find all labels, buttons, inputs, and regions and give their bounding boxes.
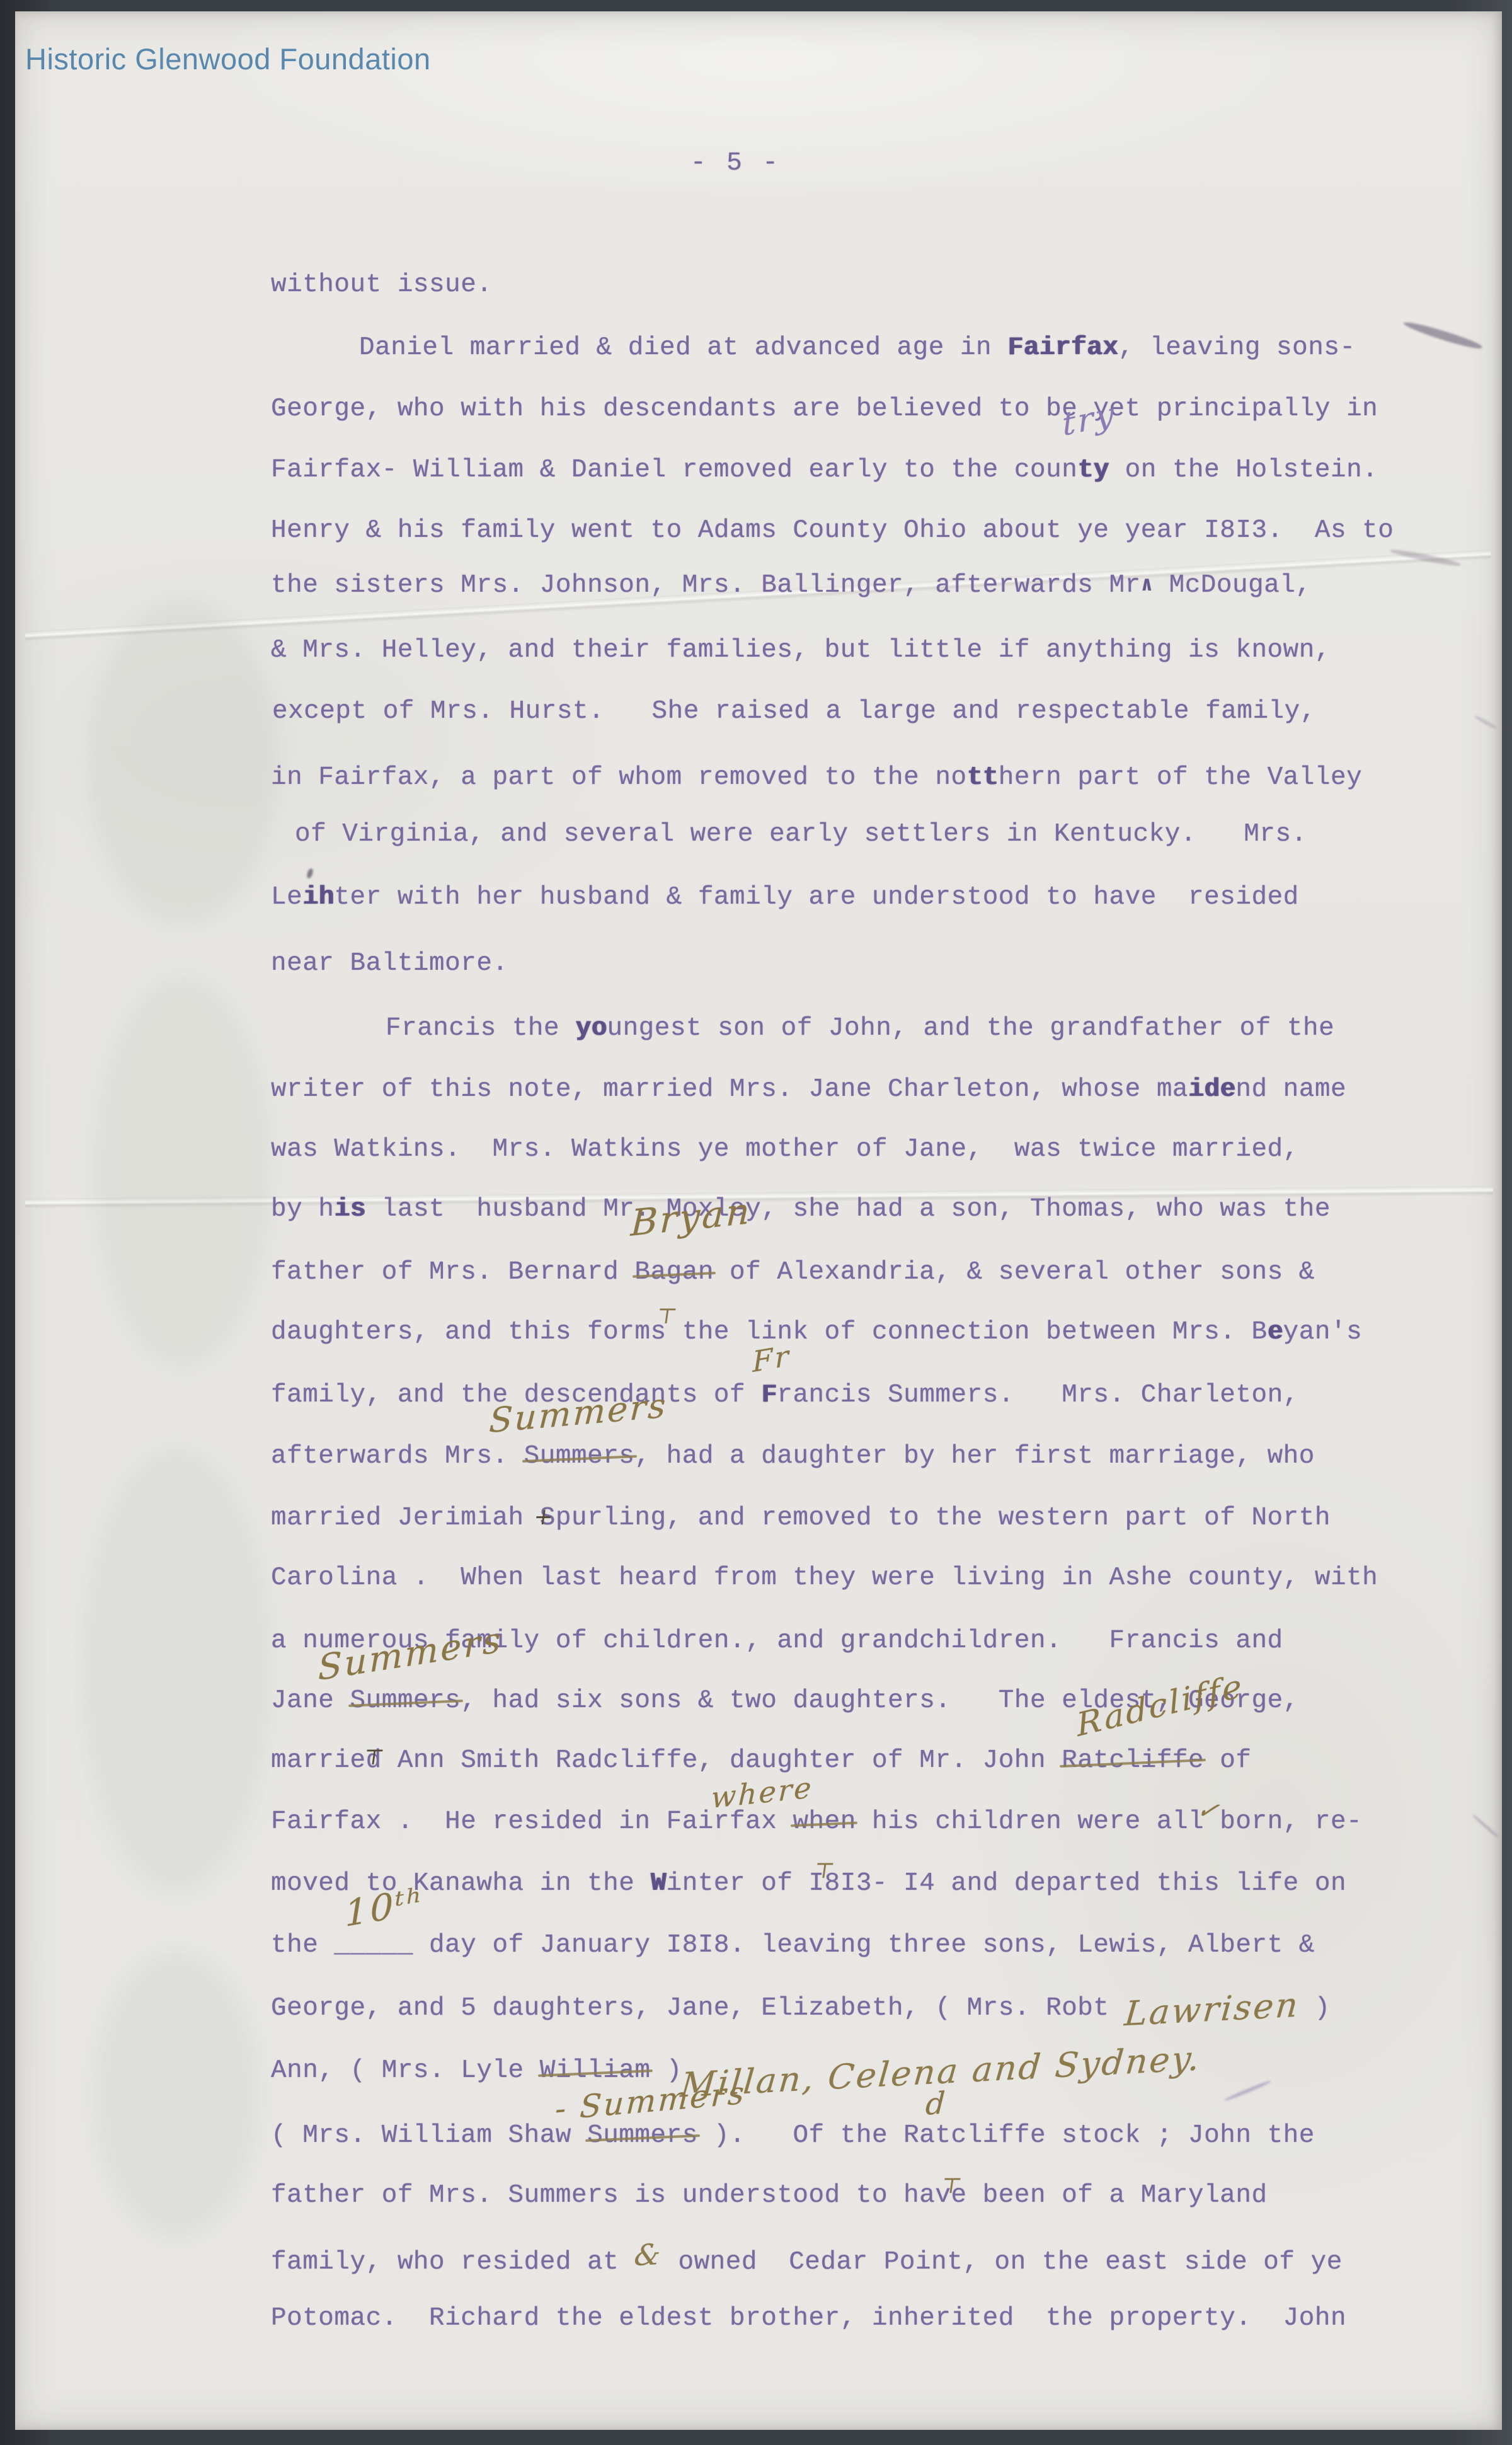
typed-line: by his last husband Mr. Moxley, she had … xyxy=(271,1194,1331,1224)
overtyped-text: yo xyxy=(575,1014,607,1043)
typed-line: the sisters Mrs. Johnson, Mrs. Ballinger… xyxy=(271,570,1312,601)
overtyped-text: tt xyxy=(967,763,999,792)
handwritten-annotation: ⊤ xyxy=(940,2175,965,2197)
typed-text: George, who with his descendants are bel… xyxy=(271,394,1378,423)
scanned-document-page: { "watermark": "Historic Glenwood Founda… xyxy=(0,0,1512,2445)
struck-out-word: Bagan xyxy=(634,1258,714,1287)
struck-out-word: Summers xyxy=(587,2121,698,2150)
typed-line: married Jerimiah Spurling, and removed t… xyxy=(271,1503,1331,1533)
typed-line: Carolina . When last heard from they wer… xyxy=(271,1563,1378,1593)
typed-text: George, and 5 daughters, Jane, Elizabeth… xyxy=(271,1994,1125,2023)
typed-text: rancis Summers. Mrs. Charleton, xyxy=(777,1381,1298,1410)
typed-text: of xyxy=(1204,1746,1251,1775)
typed-line: Potomac. Richard the eldest brother, inh… xyxy=(271,2303,1346,2333)
typed-text: except of Mrs. Hurst. She raised a large… xyxy=(272,697,1316,726)
overtyped-text: ide xyxy=(1188,1075,1235,1104)
typed-text: , leaving sons- xyxy=(1118,333,1356,362)
struck-out-word: William xyxy=(540,2056,651,2085)
typed-line: married Ann Smith Radcliffe, daughter of… xyxy=(271,1746,1251,1776)
typed-line: Daniel married & died at advanced age in… xyxy=(359,333,1356,363)
overtyped-text: ih xyxy=(302,883,334,912)
typed-text: Potomac. Richard the eldest brother, inh… xyxy=(271,2304,1346,2333)
typed-text: day of January I8I8. leaving three sons,… xyxy=(413,1931,1315,1960)
overtyped-text: is xyxy=(334,1195,365,1224)
typed-line: father of Mrs. Bernard Bagan of Alexandr… xyxy=(271,1257,1315,1287)
typed-text: owned Cedar Point, on the east side of y… xyxy=(662,2248,1342,2277)
typed-text: ( Mrs. William Shaw xyxy=(271,2121,587,2150)
typed-line: George, and 5 daughters, Jane, Elizabeth… xyxy=(271,1993,1331,2025)
typed-line: near Baltimore. xyxy=(271,948,508,979)
typed-line: daughters, and this forms the link of co… xyxy=(271,1317,1362,1347)
typed-line: writer of this note, married Mrs. Jane C… xyxy=(271,1074,1346,1105)
handwritten-annotation: d xyxy=(925,2088,948,2120)
struck-out-word: Summers xyxy=(524,1442,635,1471)
typed-text: Francis the xyxy=(386,1014,575,1043)
typed-line: Leihter with her husband & family are un… xyxy=(271,882,1299,912)
typed-text: his children were all born, re- xyxy=(856,1807,1362,1836)
handwritten-annotation: Fr xyxy=(752,1341,791,1376)
typed-line: family, who resided at & owned Cedar Poi… xyxy=(271,2242,1343,2277)
typed-line: George, who with his descendants are bel… xyxy=(271,394,1378,424)
typed-text: ) xyxy=(1298,1994,1330,2023)
handwritten-annotation: ⊤ xyxy=(813,1860,838,1882)
typed-text: _____ xyxy=(334,1931,413,1960)
struck-out-word: Ratcliffe xyxy=(1062,1746,1204,1775)
typed-line: without issue. xyxy=(271,270,492,300)
typed-text: by h xyxy=(271,1195,334,1224)
typed-line: & Mrs. Helley, and their families, but l… xyxy=(271,635,1331,665)
foundation-watermark: Historic Glenwood Foundation xyxy=(25,42,431,76)
typed-line: in Fairfax, a part of whom removed to th… xyxy=(271,762,1362,793)
typed-text: on the Holstein. xyxy=(1109,456,1378,485)
typed-text: writer of this note, married Mrs. Jane C… xyxy=(271,1075,1188,1104)
struck-out-word: Summers xyxy=(350,1686,461,1715)
overtyped-text: W xyxy=(651,1869,667,1898)
typed-text: Carolina . When last heard from they wer… xyxy=(271,1563,1378,1592)
typed-text: ). Of the Ratcliffe stock ; John the xyxy=(698,2121,1315,2150)
typed-text: Le xyxy=(271,883,302,912)
typed-text: Fairfax- William & Daniel removed early … xyxy=(271,456,1077,485)
overtyped-text: ty xyxy=(1077,456,1109,485)
typed-text: last husband Mr. Moxley, she had a son, … xyxy=(366,1195,1331,1224)
typed-text: yan's xyxy=(1283,1318,1363,1347)
typed-text: ungest son of John, and the grandfather … xyxy=(607,1014,1334,1043)
typed-text: Henry & his family went to Adams County … xyxy=(271,516,1394,545)
typed-text: Jane xyxy=(271,1686,350,1715)
typed-text: hern part of the Valley xyxy=(999,763,1362,792)
typed-text: was Watkins. Mrs. Watkins ye mother of J… xyxy=(271,1135,1299,1164)
typed-text: in Fairfax, a part of whom removed to th… xyxy=(271,763,967,792)
typed-text: father of Mrs. Bernard xyxy=(271,1258,634,1287)
page-number: - 5 - xyxy=(690,149,781,178)
typed-line: of Virginia, and several were early sett… xyxy=(295,819,1307,849)
typed-text: near Baltimore. xyxy=(271,949,508,978)
typed-text: married Ann Smith Radcliffe, daughter of… xyxy=(271,1746,1062,1775)
typed-line: ( Mrs. William Shaw Summers ). Of the Ra… xyxy=(271,2120,1315,2151)
typed-text: , had a daughter by her first marriage, … xyxy=(634,1442,1314,1471)
typed-line: family, and the descendants of Francis S… xyxy=(271,1380,1299,1410)
overtyped-text: Fairfax xyxy=(1007,333,1118,362)
typed-text: McDougal, xyxy=(1154,571,1312,600)
typed-text: family, who resided at xyxy=(271,2248,634,2277)
handwritten-annotation: ⊤ xyxy=(362,1747,387,1768)
typed-text: & Mrs. Helley, and their families, but l… xyxy=(271,636,1331,665)
typed-text: of Virginia, and several were early sett… xyxy=(295,820,1307,849)
handwritten-insertion: Lawrisen xyxy=(1123,1990,1301,2030)
overtyped-text: e xyxy=(1268,1318,1283,1347)
typed-text: inter of I8I3- I4 and departed this life… xyxy=(667,1869,1346,1898)
typed-text: Daniel married & died at advanced age in xyxy=(359,333,1007,362)
typed-text: without issue. xyxy=(271,270,492,299)
typed-line: Henry & his family went to Adams County … xyxy=(271,515,1394,546)
typed-text: Ann, ( Mrs. Lyle xyxy=(271,2056,540,2085)
handwritten-annotation: + xyxy=(532,1506,556,1529)
typed-line: except of Mrs. Hurst. She raised a large… xyxy=(272,696,1316,727)
typed-line: moved to Kanawha in the Winter of I8I3- … xyxy=(271,1868,1346,1899)
typed-line: Francis the youngest son of John, and th… xyxy=(386,1013,1334,1044)
typed-line: Fairfax- William & Daniel removed early … xyxy=(271,455,1378,485)
struck-out-word: when xyxy=(793,1807,856,1836)
typed-line: afterwards Mrs. Summers, had a daughter … xyxy=(271,1441,1315,1471)
typed-text: ∧ xyxy=(1141,573,1154,597)
typed-text: married Jerimiah Spurling, and removed t… xyxy=(271,1504,1331,1533)
typed-line: the _____ day of January I8I8. leaving t… xyxy=(271,1930,1315,1960)
typed-text: of Alexandria, & several other sons & xyxy=(714,1258,1315,1287)
typed-text: moved to Kanawha in the xyxy=(271,1869,651,1898)
handwritten-insertion: & xyxy=(633,2241,663,2269)
typed-text: nd name xyxy=(1235,1075,1346,1104)
typed-line: was Watkins. Mrs. Watkins ye mother of J… xyxy=(271,1134,1299,1165)
typed-text: the xyxy=(271,1931,334,1960)
typed-text: father of Mrs. Summers is understood to … xyxy=(271,2181,1268,2210)
typed-line: father of Mrs. Summers is understood to … xyxy=(271,2180,1268,2211)
typed-text: ter with her husband & family are unders… xyxy=(334,883,1298,912)
typed-text: afterwards Mrs. xyxy=(271,1442,524,1471)
typed-text: the sisters Mrs. Johnson, Mrs. Ballinger… xyxy=(271,571,1141,600)
overtyped-text: F xyxy=(761,1381,777,1410)
handwritten-annotation: ⊤ xyxy=(655,1306,680,1327)
